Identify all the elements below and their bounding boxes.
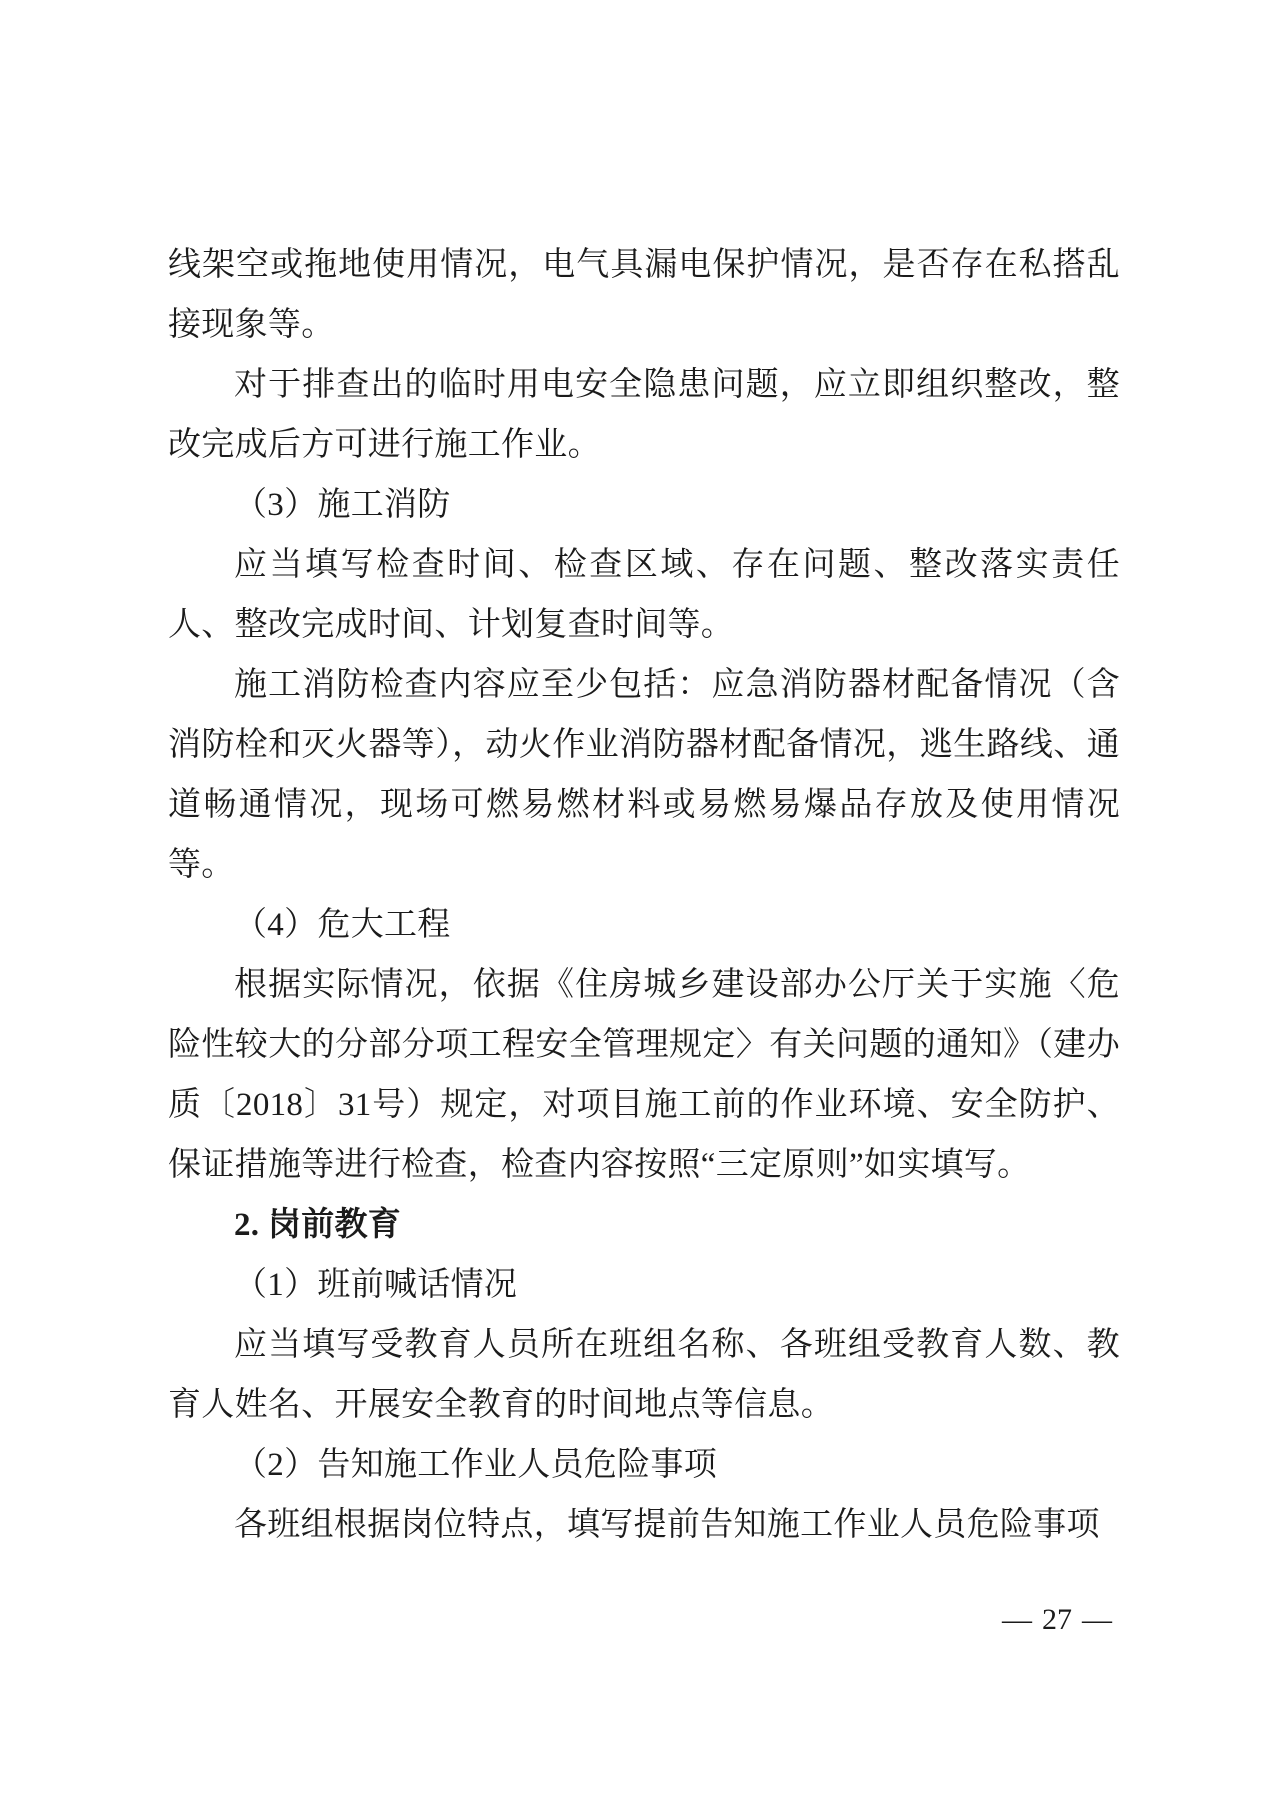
paragraph-6: （4）危大工程: [168, 895, 1120, 955]
paragraph-7: 根据实际情况，依据《住房城乡建设部办公厅关于实施〈危险性较大的分部分项工程安全管…: [168, 955, 1120, 1195]
page-number: —27—: [992, 1600, 1122, 1640]
paragraph-2: 对于排查出的临时用电安全隐患问题，应立即组织整改，整改完成后方可进行施工作业。: [168, 355, 1120, 475]
page-number-left-dash: —: [992, 1600, 1042, 1640]
paragraph-9: （1）班前喊话情况: [168, 1255, 1120, 1315]
paragraph-3: （3）施工消防: [168, 475, 1120, 535]
page-number-value: 27: [1042, 1603, 1072, 1636]
paragraph-5: 施工消防检查内容应至少包括：应急消防器材配备情况（含消防栓和灭火器等），动火作业…: [168, 655, 1120, 895]
paragraph-1: 线架空或拖地使用情况，电气具漏电保护情况，是否存在私搭乱接现象等。: [168, 235, 1120, 355]
document-page: 线架空或拖地使用情况，电气具漏电保护情况，是否存在私搭乱接现象等。对于排查出的临…: [0, 0, 1280, 1810]
paragraph-11: （2）告知施工作业人员危险事项: [168, 1435, 1120, 1495]
paragraph-4: 应当填写检查时间、检查区域、存在问题、整改落实责任人、整改完成时间、计划复查时间…: [168, 535, 1120, 655]
paragraph-12: 各班组根据岗位特点，填写提前告知施工作业人员危险事项: [168, 1495, 1120, 1555]
document-body: 线架空或拖地使用情况，电气具漏电保护情况，是否存在私搭乱接现象等。对于排查出的临…: [168, 235, 1120, 1555]
paragraph-10: 应当填写受教育人员所在班组名称、各班组受教育人数、教育人姓名、开展安全教育的时间…: [168, 1315, 1120, 1435]
page-number-right-dash: —: [1072, 1600, 1122, 1640]
paragraph-8: 2. 岗前教育: [168, 1195, 1120, 1255]
